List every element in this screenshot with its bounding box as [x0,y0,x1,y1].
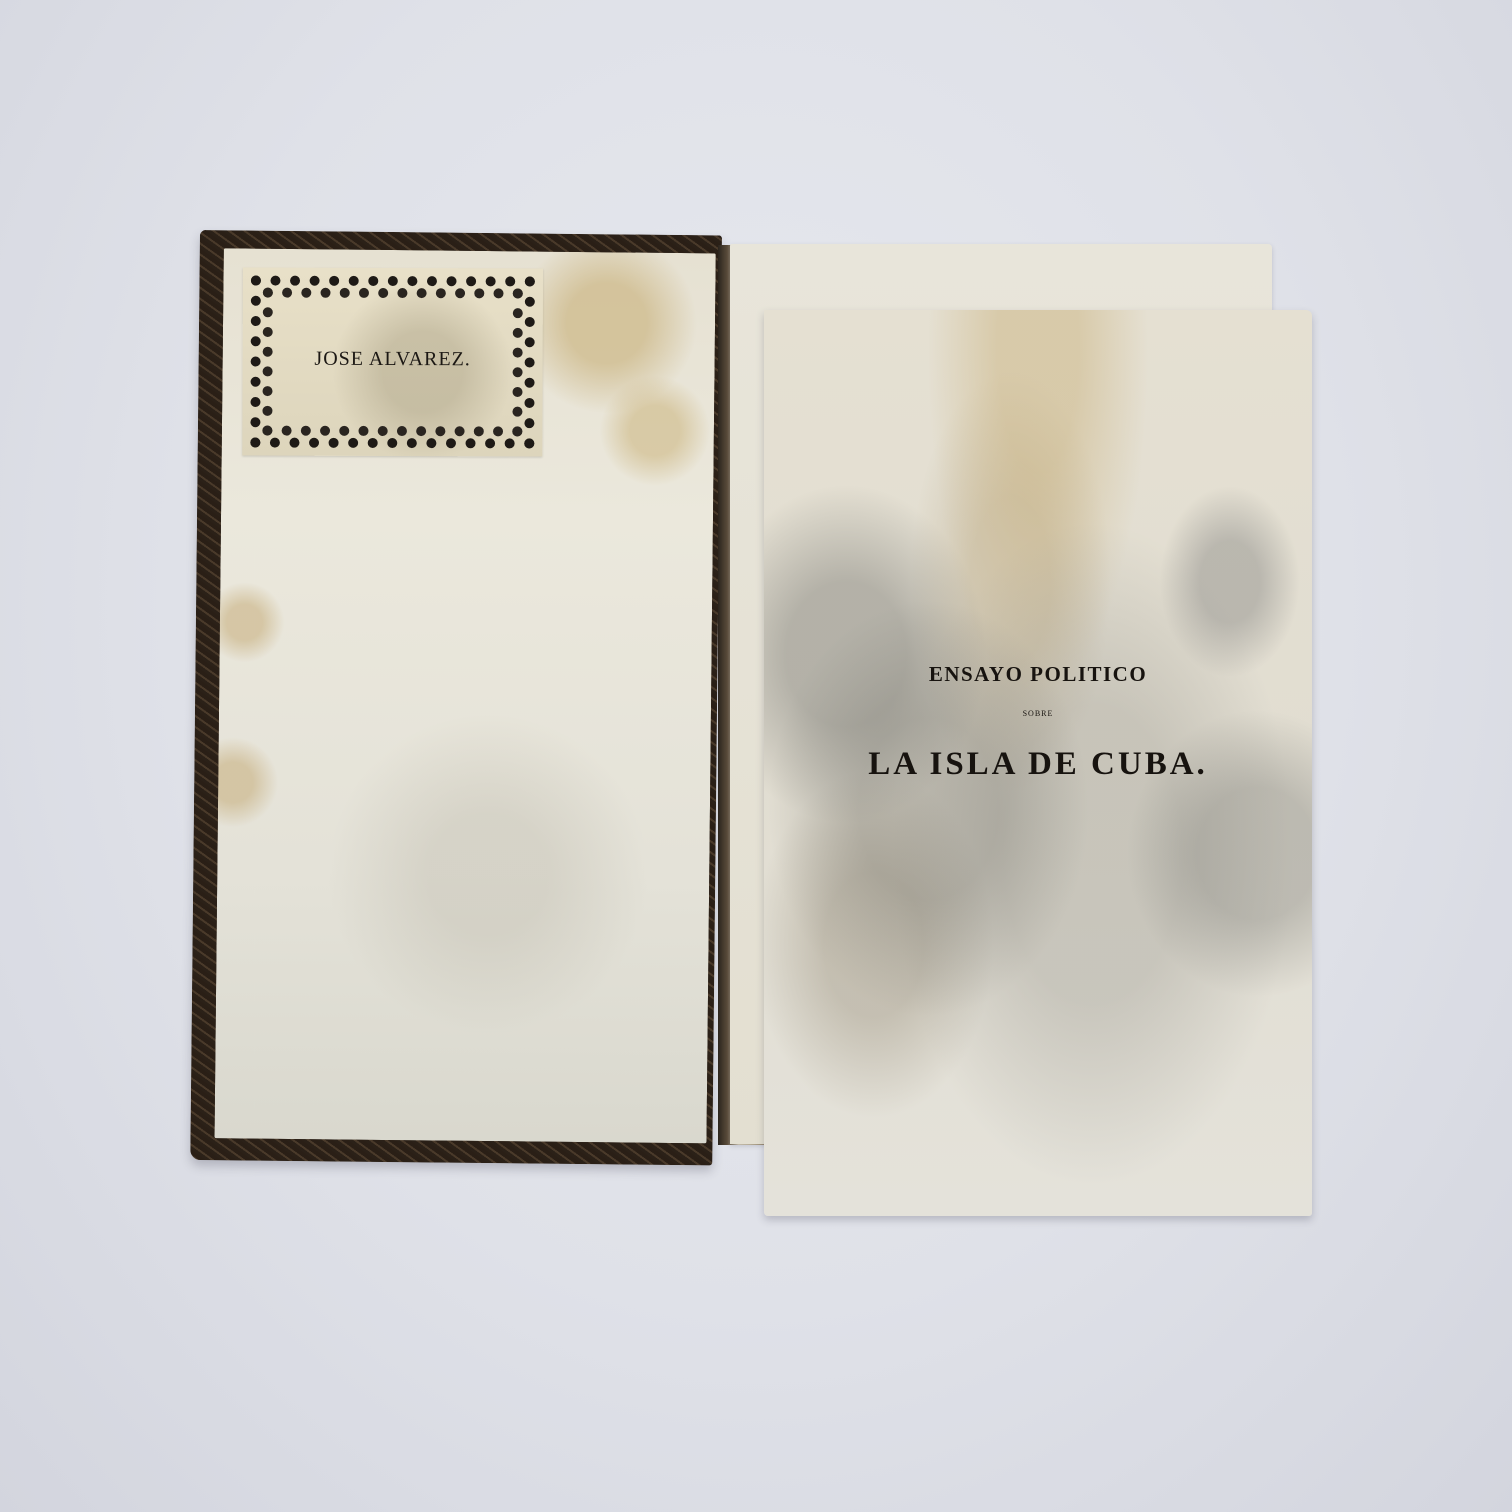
book-photo: JOSE ALVAREZ. ENSAYO POLITICO SOBRE LA I… [0,0,1512,1512]
front-pastedown: JOSE ALVAREZ. [214,248,715,1143]
title-line-isla: LA ISLA DE CUBA. [764,746,1312,783]
title-line-sobre: SOBRE [764,709,1312,718]
front-cover-board: JOSE ALVAREZ. [190,230,722,1165]
bookplate: JOSE ALVAREZ. [242,268,543,457]
title-line-ensayo: ENSAYO POLITICO [764,662,1312,687]
bookplate-owner-name: JOSE ALVAREZ. [243,348,543,372]
title-block: ENSAYO POLITICO SOBRE LA ISLA DE CUBA. [764,662,1312,783]
title-page: ENSAYO POLITICO SOBRE LA ISLA DE CUBA. [764,310,1312,1216]
